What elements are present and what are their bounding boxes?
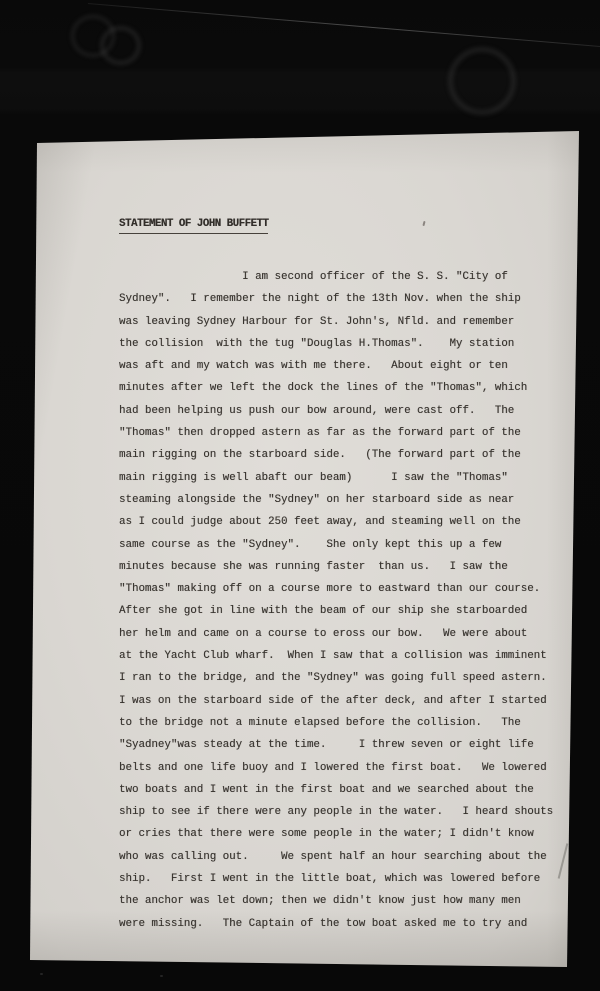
dust-speck xyxy=(40,973,43,975)
document-line: Sydney". I remember the night of the 13t… xyxy=(119,288,553,310)
document-line: "Syadney"was steady at the time. I threw… xyxy=(119,734,553,756)
document-line: as I could judge about 250 feet away, an… xyxy=(119,511,553,533)
document-line: the collision with the tug "Douglas H.Th… xyxy=(119,333,553,355)
document-line: I ran to the bridge, and the "Sydney" wa… xyxy=(119,667,553,689)
scanned-photo-background: STATEMENT OF JOHN BUFFETT I am second of… xyxy=(0,0,600,991)
document-line: her helm and came on a course to eross o… xyxy=(119,623,553,645)
document-body: I am second officer of the S. S. "City o… xyxy=(119,266,553,935)
document-line: had been helping us push our bow around,… xyxy=(119,400,553,422)
document-line: at the Yacht Club wharf. When I saw that… xyxy=(119,645,553,667)
document-line: were missing. The Captain of the tow boa… xyxy=(119,913,553,935)
document-line: was leaving Sydney Harbour for St. John'… xyxy=(119,311,553,333)
document-line: was aft and my watch was with me there. … xyxy=(119,355,553,377)
document-line: same course as the "Sydney". She only ke… xyxy=(119,534,553,556)
document-line: steaming alongside the "Sydney" on her s… xyxy=(119,489,553,511)
document-line: minutes after we left the dock the lines… xyxy=(119,377,553,399)
ink-speck xyxy=(422,221,425,226)
document-line: I was on the starboard side of the after… xyxy=(119,690,553,712)
document-line: to the bridge not a minute elapsed befor… xyxy=(119,712,553,734)
document-line: or cries that there were some people in … xyxy=(119,823,553,845)
document-line: ship. First I went in the little boat, w… xyxy=(119,868,553,890)
document-line: "Thomas" making off on a course more to … xyxy=(119,578,553,600)
document-page: STATEMENT OF JOHN BUFFETT I am second of… xyxy=(29,131,580,969)
dust-speck xyxy=(160,975,163,977)
document-title: STATEMENT OF JOHN BUFFETT xyxy=(119,218,268,234)
embossed-seal-icon xyxy=(100,26,141,65)
document-line: who was calling out. We spent half an ho… xyxy=(119,846,553,868)
paper-crease xyxy=(558,843,569,878)
document-line: "Thomas" then dropped astern as far as t… xyxy=(119,422,553,444)
document-line: two boats and I went in the first boat a… xyxy=(119,779,553,801)
scratch-line xyxy=(88,3,600,48)
document-line: minutes because she was running faster t… xyxy=(119,556,553,578)
document-line: belts and one life buoy and I lowered th… xyxy=(119,757,553,779)
document-line: After she got in line with the beam of o… xyxy=(119,600,553,622)
document-line: the anchor was let down; then we didn't … xyxy=(119,890,553,912)
document-line: main rigging on the starboard side. (The… xyxy=(119,444,553,466)
document-line: ship to see if there were any people in … xyxy=(119,801,553,823)
document-line: I am second officer of the S. S. "City o… xyxy=(119,266,553,288)
document-line: main rigging is well abaft our beam) I s… xyxy=(119,467,553,489)
embossed-seal-icon xyxy=(448,47,516,115)
